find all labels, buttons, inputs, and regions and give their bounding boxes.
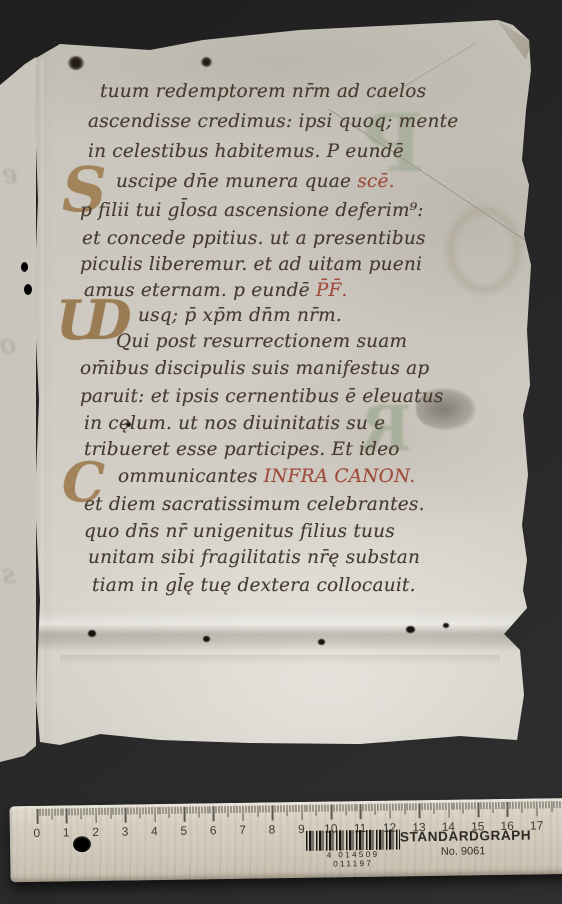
ruler-tick	[322, 805, 323, 812]
manuscript-line: tiam in gl̄ę tuę dextera collocauit.	[92, 577, 416, 596]
ruler-tick	[445, 803, 446, 810]
ruler-tick	[407, 803, 408, 810]
ruler-tick	[119, 808, 120, 815]
ruler-tick	[316, 805, 317, 816]
ruler-tick	[275, 805, 276, 812]
ruler-tick	[516, 802, 517, 809]
ruler-tick	[519, 802, 520, 809]
ruler-tick	[439, 803, 440, 810]
ink-text: in celestibus habitemus. P eundē	[88, 141, 404, 162]
ruler-tick	[92, 808, 93, 815]
ruler-tick	[283, 805, 284, 812]
ruler-tick	[489, 802, 490, 809]
ruler-tick	[178, 807, 179, 814]
ruler-tick	[380, 804, 381, 811]
ruler-tick	[327, 805, 328, 812]
ruler-tick	[366, 804, 367, 811]
ruler-tick	[560, 801, 561, 808]
ruler-tick	[436, 803, 437, 810]
ruler-tick	[377, 804, 378, 811]
ruler-number: 4	[151, 824, 158, 838]
ruler-number: 3	[122, 825, 129, 839]
ruler-tick	[86, 808, 87, 815]
ruler-tick	[298, 805, 299, 812]
ruler-tick	[251, 806, 252, 813]
ruler-tick	[342, 804, 343, 811]
ruler-tick	[239, 806, 240, 813]
ink-text: paruit: et ipsis cernentibus ē eleuatus	[80, 386, 444, 407]
ruler-tick	[83, 808, 84, 815]
ruler-tick	[507, 802, 509, 817]
barcode-digits: 4 014509 011197	[306, 850, 400, 869]
ruler-number: 5	[180, 824, 187, 838]
ruler-tick	[416, 803, 417, 810]
ruler-tick	[289, 805, 290, 812]
ruler-tick	[413, 803, 414, 810]
ink-text: tiam in gl̄ę tuę dextera collocauit.	[92, 575, 416, 596]
ruler-tick	[457, 803, 458, 810]
manuscript-line: tribueret esse participes. Et ideo	[84, 441, 400, 460]
manuscript-page: P R tuum redemptorem nr̄m ad caelosascen…	[0, 0, 562, 790]
ruler-tick	[154, 807, 156, 822]
ruler-tick	[524, 802, 525, 809]
ruler-tick	[333, 804, 334, 811]
ruler-tick	[166, 807, 167, 814]
ruler-tick	[36, 809, 38, 824]
ruler-tick	[230, 806, 231, 813]
ruler-tick	[204, 806, 205, 813]
ruler-tick	[357, 804, 358, 811]
ruler-number: 9	[298, 822, 305, 836]
ruler-tick	[463, 803, 464, 814]
ruler-tick	[430, 803, 431, 810]
ruler-tick	[139, 807, 140, 818]
ruler-model-number: No. 9061	[400, 845, 526, 859]
ink-text: ascendisse credimus: ipsi quoq; mente	[88, 111, 458, 132]
ruler-tick	[386, 804, 387, 811]
ruler-tick	[533, 802, 534, 809]
ruler-tick	[363, 804, 364, 811]
ruler-tick	[401, 803, 402, 810]
ruler-tick	[424, 803, 425, 810]
manuscript-line: usq; p̄ xp̄m dn̄m nr̄m.	[138, 307, 342, 326]
ink-text: quo dn̄s nr̄ unigenitus filius tuus	[84, 521, 395, 542]
ruler-tick	[48, 809, 49, 816]
ruler-tick	[492, 802, 493, 813]
ruler-tick	[89, 808, 90, 815]
ruler-tick	[504, 802, 505, 809]
manuscript-line: unitam sibi fragilitatis nr̄ę substan	[88, 549, 420, 568]
ruler-tick	[422, 803, 423, 810]
ruler-tick	[354, 804, 355, 811]
ruler-tick	[330, 805, 332, 820]
ruler-tick	[383, 804, 384, 811]
ruler-tick	[180, 807, 181, 814]
ink-text: unitam sibi fragilitatis nr̄ę substan	[88, 547, 420, 568]
manuscript-line: p filii tui gl̄osa ascensione deferim⁹:	[80, 202, 424, 221]
ruler: 01234567891011121314151617 4 014509 0111…	[9, 798, 562, 883]
ruler-tick	[122, 808, 123, 815]
ruler-tick	[301, 805, 303, 820]
manuscript-line: uscipe dn̄e munera quae scē.	[116, 173, 395, 192]
ruler-tick	[98, 808, 99, 815]
ruler-tick	[257, 806, 258, 817]
ruler-number: 17	[530, 818, 544, 832]
ruler-tick	[536, 801, 538, 816]
ink-text: uscipe dn̄e munera quae	[116, 171, 351, 192]
ruler-tick	[57, 809, 58, 816]
ruler-tick	[486, 802, 487, 809]
manuscript-line: Qui post resurrectionem suam	[116, 333, 407, 352]
ruler-tick	[128, 808, 129, 815]
ruler-tick	[195, 807, 196, 814]
barcode-bars	[306, 830, 400, 851]
ink-text: piculis liberemur. et ad uitam pueni	[80, 254, 422, 275]
rubric-text: P̄F̄.	[310, 280, 348, 301]
illuminated-initial: UD	[56, 296, 113, 345]
manuscript-line: om̄ibus discipulis suis manifestus ap	[80, 360, 429, 379]
ink-text: amus eternam. p eundē	[84, 280, 310, 301]
ruler-tick	[451, 803, 452, 810]
ruler-tick	[216, 806, 217, 813]
ruler-tick	[160, 807, 161, 814]
ruler-tick	[69, 808, 70, 815]
ruler-tick	[454, 803, 455, 810]
ruler-tick	[245, 806, 246, 813]
ruler-tick	[113, 808, 114, 815]
ruler-tick	[189, 807, 190, 814]
ruler-tick	[254, 806, 255, 813]
ruler-number: 6	[210, 823, 217, 837]
ruler-number: 2	[92, 825, 99, 839]
ruler-tick	[460, 803, 461, 810]
ruler-tick	[104, 808, 105, 815]
ruler-tick	[201, 806, 202, 813]
showthrough-mark: s	[2, 560, 15, 590]
ruler-tick	[63, 808, 64, 815]
ruler-tick	[548, 801, 549, 808]
ruler-tick	[395, 804, 396, 811]
ruler-tick	[142, 807, 143, 814]
ruler-tick	[410, 803, 411, 810]
ruler-tick	[345, 804, 346, 815]
ruler-tick	[163, 807, 164, 814]
ruler-tick	[319, 805, 320, 812]
manuscript-line: ommunicantes INFRA CANON.	[118, 468, 415, 487]
rubric-text: scē.	[351, 171, 395, 192]
manuscript-line: et diem sacratissimum celebrantes.	[84, 496, 425, 515]
manuscript-line: piculis liberemur. et ad uitam pueni	[80, 256, 422, 275]
ruler-tick	[81, 808, 82, 819]
ruler-tick	[304, 805, 305, 812]
ruler-number: 8	[269, 822, 276, 836]
showthrough-mark: o	[0, 330, 16, 360]
manuscript-line: et concede ppitius. ut a presentibus	[82, 230, 426, 249]
ruler-tick	[75, 808, 76, 815]
ruler-tick	[398, 804, 399, 811]
ruler-tick	[198, 806, 199, 817]
ruler-tick	[513, 802, 514, 809]
manuscript-line: in cęlum. ut nos diuinitatis su e	[84, 415, 385, 434]
ruler-tick	[219, 806, 220, 813]
ruler-tick	[260, 806, 261, 813]
ruler-tick	[125, 808, 127, 823]
ruler-tick	[242, 806, 244, 821]
ruler-tick	[336, 804, 337, 811]
ruler-tick	[539, 801, 540, 808]
ruler-tick	[286, 805, 287, 816]
ruler-tick	[351, 804, 352, 811]
ruler-tick	[477, 802, 479, 817]
ruler-tick	[78, 808, 79, 815]
ruler-tick	[295, 805, 296, 812]
ruler-barcode: 4 014509 011197	[306, 830, 400, 863]
ruler-tick	[466, 803, 467, 810]
ruler-tick	[404, 803, 405, 814]
binding-hole	[21, 262, 28, 272]
ruler-tick	[448, 803, 450, 818]
ink-text: et diem sacratissimum celebrantes.	[84, 494, 425, 515]
ruler-tick	[263, 806, 264, 813]
ruler-tick	[225, 806, 226, 813]
showthrough-mark: e	[2, 160, 17, 190]
ruler-tick	[172, 807, 173, 814]
ruler-tick	[498, 802, 499, 809]
manuscript-line: amus eternam. p eundē P̄F̄.	[84, 282, 348, 301]
ruler-tick	[542, 801, 543, 808]
ruler-tick	[207, 806, 208, 813]
ink-text: Qui post resurrectionem suam	[116, 331, 407, 352]
ruler-tick	[307, 805, 308, 812]
ink-text: p filii tui gl̄osa ascensione deferim⁹:	[80, 200, 424, 221]
ink-text: om̄ibus discipulis suis manifestus ap	[80, 358, 429, 379]
ruler-tick	[483, 802, 484, 809]
ruler-tick	[433, 803, 434, 814]
ruler-tick	[228, 806, 229, 817]
manuscript-line: quo dn̄s nr̄ unigenitus filius tuus	[84, 523, 395, 542]
ruler-tick	[233, 806, 234, 813]
ruler-tick	[60, 809, 61, 816]
ruler-tick	[369, 804, 370, 811]
ink-text: tuum redemptorem nr̄m ad caelos	[100, 81, 426, 102]
ink-text: tribueret esse participes. Et ideo	[84, 439, 400, 460]
ruler-tick	[554, 801, 555, 808]
ruler-tick	[51, 809, 52, 820]
ruler-tick	[222, 806, 223, 813]
ruler-tick	[192, 807, 193, 814]
ruler-tick	[442, 803, 443, 810]
ruler-tick	[372, 804, 373, 811]
ruler-tick	[236, 806, 237, 813]
ink-text: usq; p̄ xp̄m dn̄m nr̄m.	[138, 305, 342, 326]
ruler-tick	[427, 803, 428, 810]
ruler-brand: STANDARDGRAPH	[400, 828, 526, 845]
ruler-tick	[175, 807, 176, 814]
ink-text: in cęlum. ut nos diuinitatis su e	[84, 413, 385, 434]
ruler-tick	[266, 805, 267, 812]
binding-hole	[24, 284, 32, 295]
ink-text: ommunicantes	[118, 466, 264, 487]
ruler-tick	[474, 802, 475, 809]
ruler-tick	[278, 805, 279, 812]
ruler-tick	[116, 808, 117, 815]
ruler-tick	[325, 805, 326, 812]
ruler-tick	[419, 803, 421, 818]
ruler-tick	[248, 806, 249, 813]
ruler-tick	[392, 804, 393, 811]
ruler-tick	[551, 801, 552, 812]
ruler-tick	[480, 802, 481, 809]
ruler-tick	[313, 805, 314, 812]
ruler-tick	[210, 806, 211, 813]
ruler-tick	[186, 807, 187, 814]
ruler-tick	[469, 802, 470, 809]
ruler-tick	[183, 807, 185, 822]
ruler-tick	[495, 802, 496, 809]
ruler-tick	[310, 805, 311, 812]
manuscript-text: tuum redemptorem nr̄m ad caelosascendiss…	[0, 0, 562, 790]
ruler-tick	[39, 809, 40, 816]
manuscript-line: paruit: et ipsis cernentibus ē eleuatus	[80, 388, 444, 407]
ruler-tick	[133, 807, 134, 814]
rubric-text: INFRA CANON.	[264, 466, 416, 487]
ink-text: et concede ppitius. ut a presentibus	[82, 228, 426, 249]
ruler-tick	[360, 804, 362, 819]
ruler-tick	[148, 807, 149, 814]
ruler-tick	[292, 805, 293, 812]
ruler-hole	[73, 836, 91, 852]
ruler-tick	[157, 807, 158, 814]
ruler-tick	[348, 804, 349, 811]
ruler-tick	[521, 802, 522, 813]
ruler-tick	[54, 809, 55, 816]
ruler-tick	[95, 808, 97, 823]
ruler-number: 7	[239, 823, 246, 837]
ruler-tick	[375, 804, 376, 815]
ruler-tick	[557, 801, 558, 808]
ruler-tick	[101, 808, 102, 815]
ruler-tick	[169, 807, 170, 818]
ruler-tick	[136, 807, 137, 814]
ruler-ticks	[9, 798, 562, 807]
ruler-tick	[269, 805, 270, 812]
ruler-tick	[510, 802, 511, 809]
photo-backdrop: e o s P R tuum redemptorem nr̄m ad caelo…	[0, 0, 562, 904]
ruler-tick	[280, 805, 281, 812]
ruler-tick	[389, 804, 391, 819]
ruler-tick	[66, 808, 68, 823]
ruler-tick	[131, 807, 132, 814]
ruler-tick	[501, 802, 502, 809]
ruler-tick	[472, 802, 473, 809]
ruler-tick	[272, 805, 274, 820]
ruler-tick	[545, 801, 546, 808]
ruler-tick	[527, 802, 528, 809]
ruler-tick	[530, 802, 531, 809]
ruler-tick	[145, 807, 146, 814]
ruler-tick	[42, 809, 43, 816]
ruler-tick	[107, 808, 108, 815]
ruler-number: 0	[33, 826, 40, 840]
ruler-tick	[45, 809, 46, 816]
manuscript-line: in celestibus habitemus. P eundē	[88, 143, 404, 162]
ruler-number: 1	[63, 825, 70, 839]
ruler-tick	[151, 807, 152, 814]
ruler-tick	[339, 804, 340, 811]
ruler-tick	[72, 808, 73, 815]
ruler-tick	[213, 806, 215, 821]
manuscript-line: tuum redemptorem nr̄m ad caelos	[100, 83, 426, 102]
manuscript-line: ascendisse credimus: ipsi quoq; mente	[88, 113, 458, 132]
ruler-tick	[110, 808, 111, 819]
